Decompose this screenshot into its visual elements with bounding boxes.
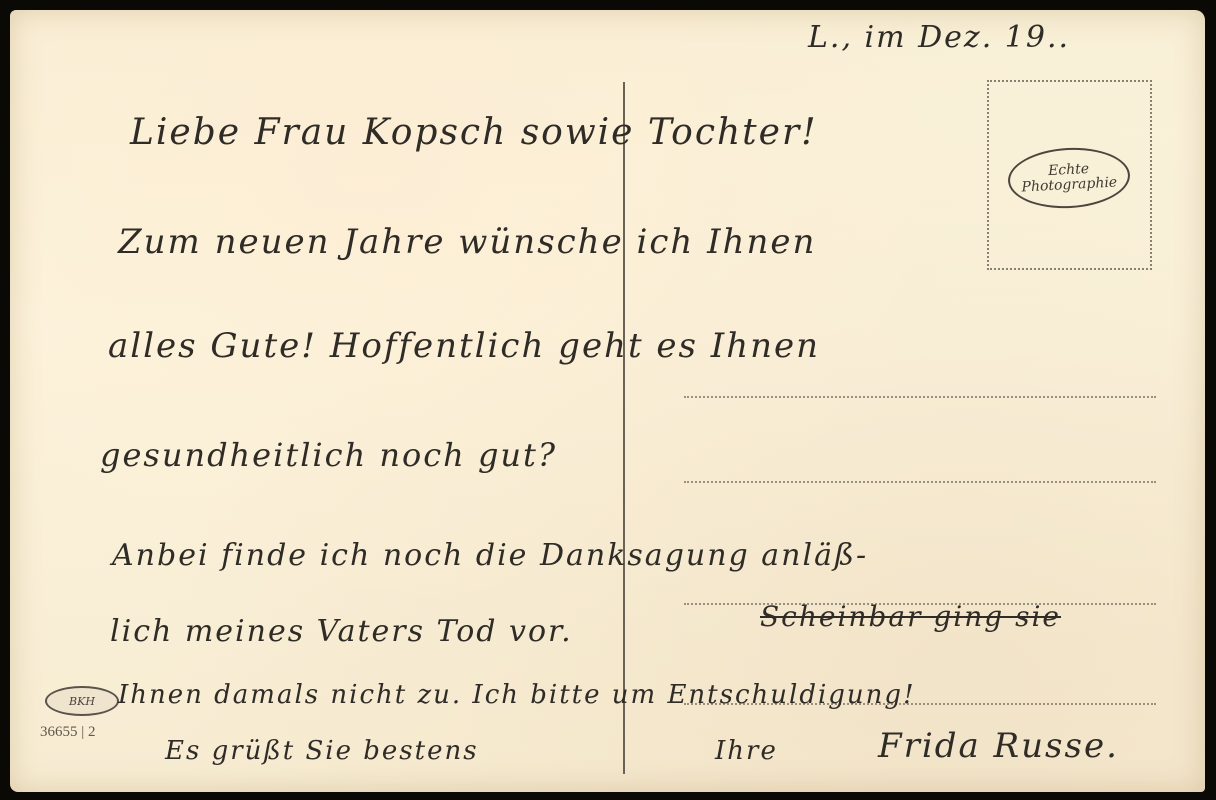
publisher-logo-text: BKH [69,695,95,708]
handwriting-line-7: Ihnen damals nicht zu. Ich bitte um Ents… [118,680,916,710]
struck-out-text: Scheinbar ging sie [760,600,1061,633]
imprint-line-2: Photographie [1021,175,1117,195]
signature: Frida Russe. [878,726,1119,766]
handwriting-line-2: Zum neuen Jahre wünsche ich Ihnen [118,222,816,262]
publisher-number: 36655 | 2 [40,724,96,741]
handwriting-line-5: Anbei finde ich noch die Danksagung anlä… [112,538,868,573]
handwriting-line-3: alles Gute! Hoffentlich geht es Ihnen [108,326,820,366]
handwriting-line-1: Liebe Frau Kopsch sowie Tochter! [130,112,818,153]
closing-greeting: Es grüßt Sie bestens [165,736,479,766]
handwriting-line-6: lich meines Vaters Tod vor. [110,614,573,649]
handwriting-line-4: gesundheitlich noch gut? [100,436,557,474]
closing-ihre: Ihre [715,736,778,766]
center-divider-line [623,82,625,774]
address-line-2 [684,481,1156,483]
publisher-logo: BKH [45,686,119,716]
address-line-1 [684,396,1156,398]
date-line: L., im Dez. 19.. [808,20,1070,55]
